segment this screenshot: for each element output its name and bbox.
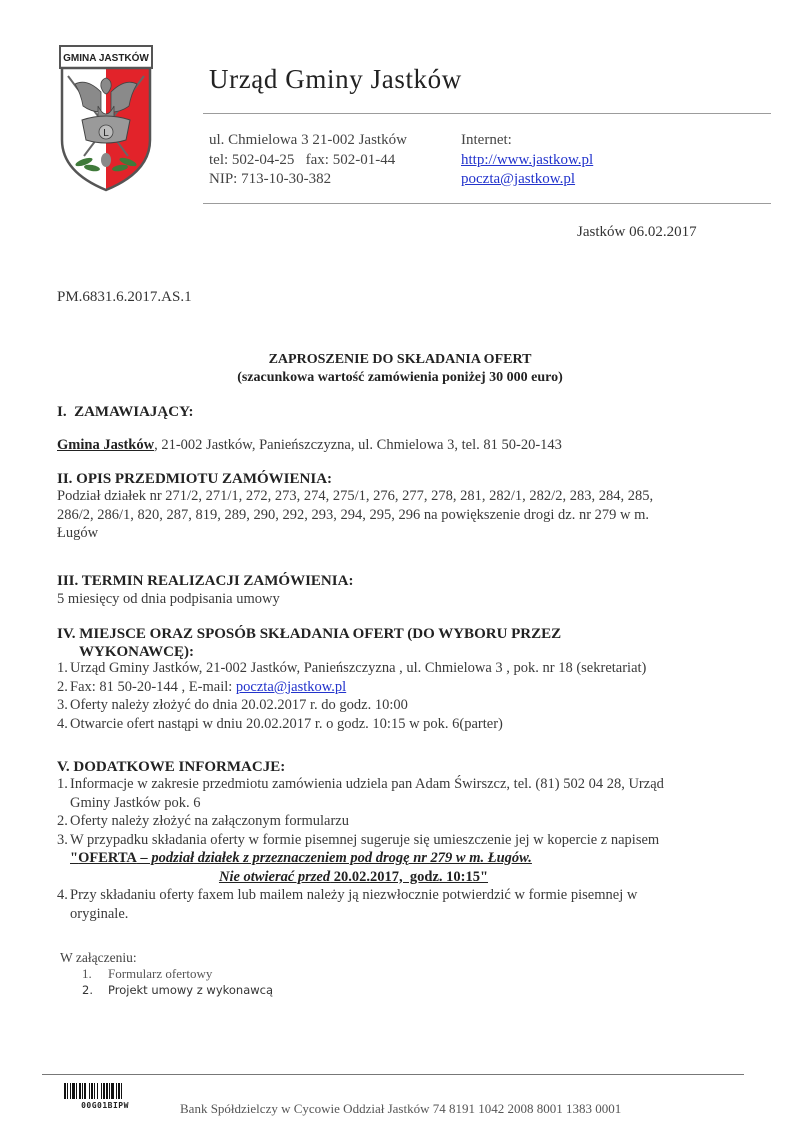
list-item: 1.Informacje w zakresie przedmiotu zamów… bbox=[57, 775, 697, 812]
section-2-body: Podział działek nr 271/2, 271/1, 272, 27… bbox=[57, 487, 677, 543]
document-date: Jastków 06.02.2017 bbox=[577, 224, 697, 241]
title-main: ZAPROSZENIE DO SKŁADANIA OFERT bbox=[0, 351, 800, 369]
municipality-crest: L GMINA JASTKÓW bbox=[58, 44, 154, 192]
envelope-label-line1: "OFERTA – podział działek z przeznaczeni… bbox=[70, 850, 532, 866]
section-2-heading: II. OPIS PRZEDMIOTU ZAMÓWIENIA: bbox=[57, 471, 332, 488]
section-3-heading: III. TERMIN REALIZACJI ZAMÓWIENIA: bbox=[57, 573, 353, 590]
list-item: 4.Przy składaniu oferty faxem lub mailem… bbox=[57, 886, 697, 923]
section-4-heading: IV. MIEJSCE ORAZ SPOSÓB SKŁADANIA OFERT … bbox=[57, 625, 561, 661]
header-divider-top bbox=[203, 113, 771, 114]
contracting-entity: Gmina Jastków bbox=[57, 437, 154, 453]
list-item: 4.Otwarcie ofert nastąpi w dniu 20.02.20… bbox=[57, 715, 697, 734]
section-3-body: 5 miesięcy od dnia podpisania umowy bbox=[57, 590, 280, 609]
organization-title: Urząd Gminy Jastków bbox=[209, 64, 462, 95]
section-1-body: Gmina Jastków, 21-002 Jastków, Panieńszc… bbox=[57, 436, 562, 455]
section-5-heading: V. DODATKOWE INFORMACJE: bbox=[57, 759, 285, 776]
list-item: 1.Urząd Gminy Jastków, 21-002 Jastków, P… bbox=[57, 659, 697, 678]
website-link[interactable]: http://www.jastkow.pl bbox=[461, 152, 593, 168]
barcode-number: 00G01BIPW bbox=[64, 1101, 146, 1110]
email-link[interactable]: poczta@jastkow.pl bbox=[461, 171, 575, 187]
section-5-list: 1.Informacje w zakresie przedmiotu zamów… bbox=[57, 775, 697, 923]
envelope-label-line2: Nie otwierać przed 20.02.2017, godz. 10:… bbox=[70, 868, 697, 887]
email-link[interactable]: poczta@jastkow.pl bbox=[236, 679, 346, 695]
address-line: ul. Chmielowa 3 21-002 Jastków bbox=[209, 131, 407, 151]
attachments-label: W załączeniu: bbox=[60, 950, 137, 966]
section-1-heading: I. ZAMAWIAJĄCY: bbox=[57, 404, 194, 421]
list-item: 3.Oferty należy złożyć do dnia 20.02.201… bbox=[57, 696, 697, 715]
svg-text:GMINA JASTKÓW: GMINA JASTKÓW bbox=[63, 51, 149, 64]
list-item: 2.Oferty należy złożyć na załączonym for… bbox=[57, 812, 697, 831]
section-4-list: 1.Urząd Gminy Jastków, 21-002 Jastków, P… bbox=[57, 659, 697, 733]
attachment-item: 1.Formularz ofertowy bbox=[82, 966, 273, 983]
attachments-list: 1.Formularz ofertowy 2.Projekt umowy z w… bbox=[82, 966, 273, 1000]
header-divider-bottom bbox=[203, 203, 771, 204]
phone-fax-line: tel: 502-04-25 fax: 502-01-44 bbox=[209, 151, 407, 171]
barcode-icon bbox=[64, 1083, 146, 1099]
contact-internet-block: Internet: http://www.jastkow.pl poczta@j… bbox=[461, 131, 593, 190]
attachment-item: 2.Projekt umowy z wykonawcą bbox=[82, 983, 273, 1000]
reference-number: PM.6831.6.2017.AS.1 bbox=[57, 289, 192, 306]
bank-account-line: Bank Spółdzielczy w Cycowie Oddział Jast… bbox=[180, 1101, 621, 1117]
svg-text:L: L bbox=[103, 128, 109, 139]
nip-line: NIP: 713-10-30-382 bbox=[209, 170, 407, 190]
contact-address-block: ul. Chmielowa 3 21-002 Jastków tel: 502-… bbox=[209, 131, 407, 190]
footer-divider bbox=[42, 1074, 744, 1075]
crest-shield-icon: L GMINA JASTKÓW bbox=[58, 44, 154, 192]
document-title: ZAPROSZENIE DO SKŁADANIA OFERT (szacunko… bbox=[0, 351, 800, 387]
contracting-entity-details: , 21-002 Jastków, Panieńszczyzna, ul. Ch… bbox=[154, 437, 562, 453]
internet-label: Internet: bbox=[461, 131, 593, 151]
list-item: 2.Fax: 81 50-20-144 , E-mail: poczta@jas… bbox=[57, 678, 697, 697]
list-item: 3.W przypadku składania oferty w formie … bbox=[57, 831, 697, 887]
title-subtitle: (szacunkowa wartość zamówienia poniżej 3… bbox=[0, 369, 800, 387]
section-4-heading-line1: IV. MIEJSCE ORAZ SPOSÓB SKŁADANIA OFERT … bbox=[57, 626, 561, 642]
